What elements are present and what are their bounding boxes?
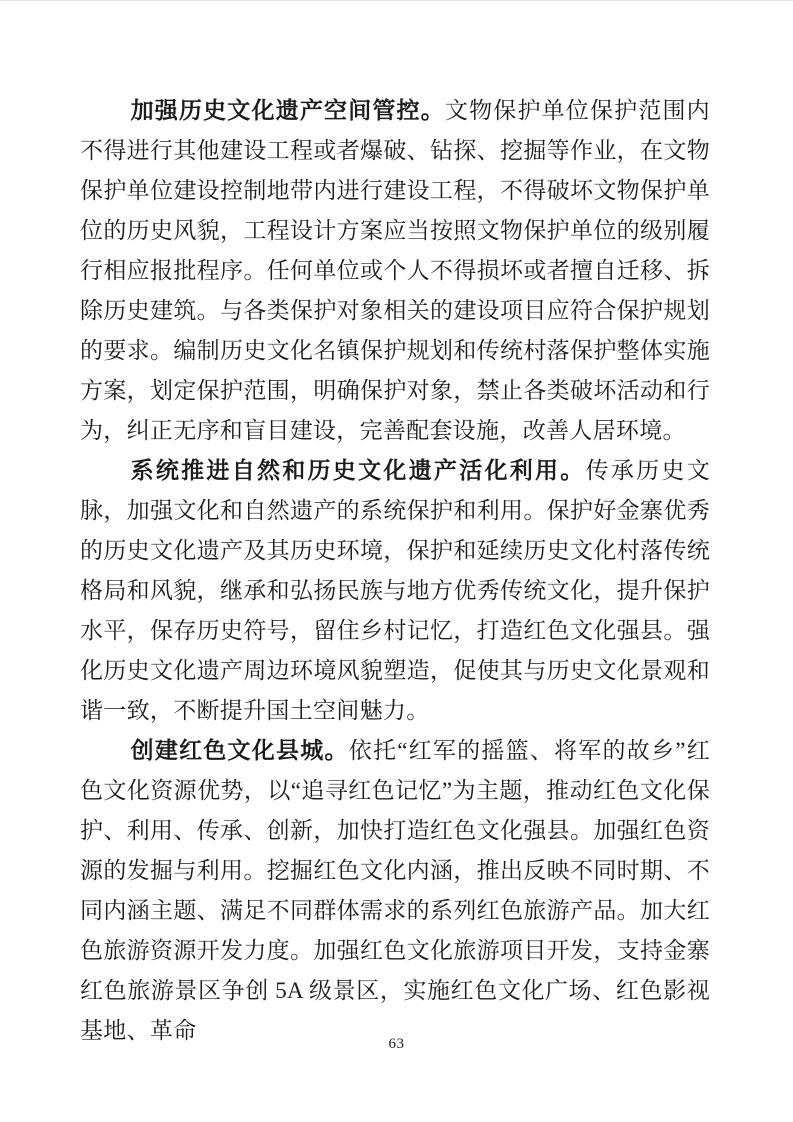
paragraph-body: 传承历史文脉，加强文化和自然遗产的系统保护和利用。保护好金寨优秀的历史文化遗产及… xyxy=(80,458,710,723)
paragraph-heritage-space-control: 加强历史文化遗产空间管控。文物保护单位保护范围内不得进行其他建设工程或者爆破、钻… xyxy=(80,91,710,451)
paragraph-lead: 创建红色文化县城。 xyxy=(131,738,349,763)
page-content: 加强历史文化遗产空间管控。文物保护单位保护范围内不得进行其他建设工程或者爆破、钻… xyxy=(80,91,710,1051)
paragraph-heritage-utilization: 系统推进自然和历史文化遗产活化利用。传承历史文脉，加强文化和自然遗产的系统保护和… xyxy=(80,451,710,731)
page-number: 63 xyxy=(0,1034,793,1054)
paragraph-body: 依托“红军的摇篮、将军的故乡”红色文化资源优势，以“追寻红色记忆”为主题，推动红… xyxy=(80,738,710,1043)
paragraph-lead: 加强历史文化遗产空间管控。 xyxy=(131,98,445,123)
paragraph-body: 文物保护单位保护范围内不得进行其他建设工程或者爆破、钻探、挖掘等作业，在文物保护… xyxy=(80,98,710,443)
paragraph-red-culture-county: 创建红色文化县城。依托“红军的摇篮、将军的故乡”红色文化资源优势，以“追寻红色记… xyxy=(80,731,710,1051)
document-page: 加强历史文化遗产空间管控。文物保护单位保护范围内不得进行其他建设工程或者爆破、钻… xyxy=(0,0,793,1122)
paragraph-lead: 系统推进自然和历史文化遗产活化利用。 xyxy=(131,458,586,483)
